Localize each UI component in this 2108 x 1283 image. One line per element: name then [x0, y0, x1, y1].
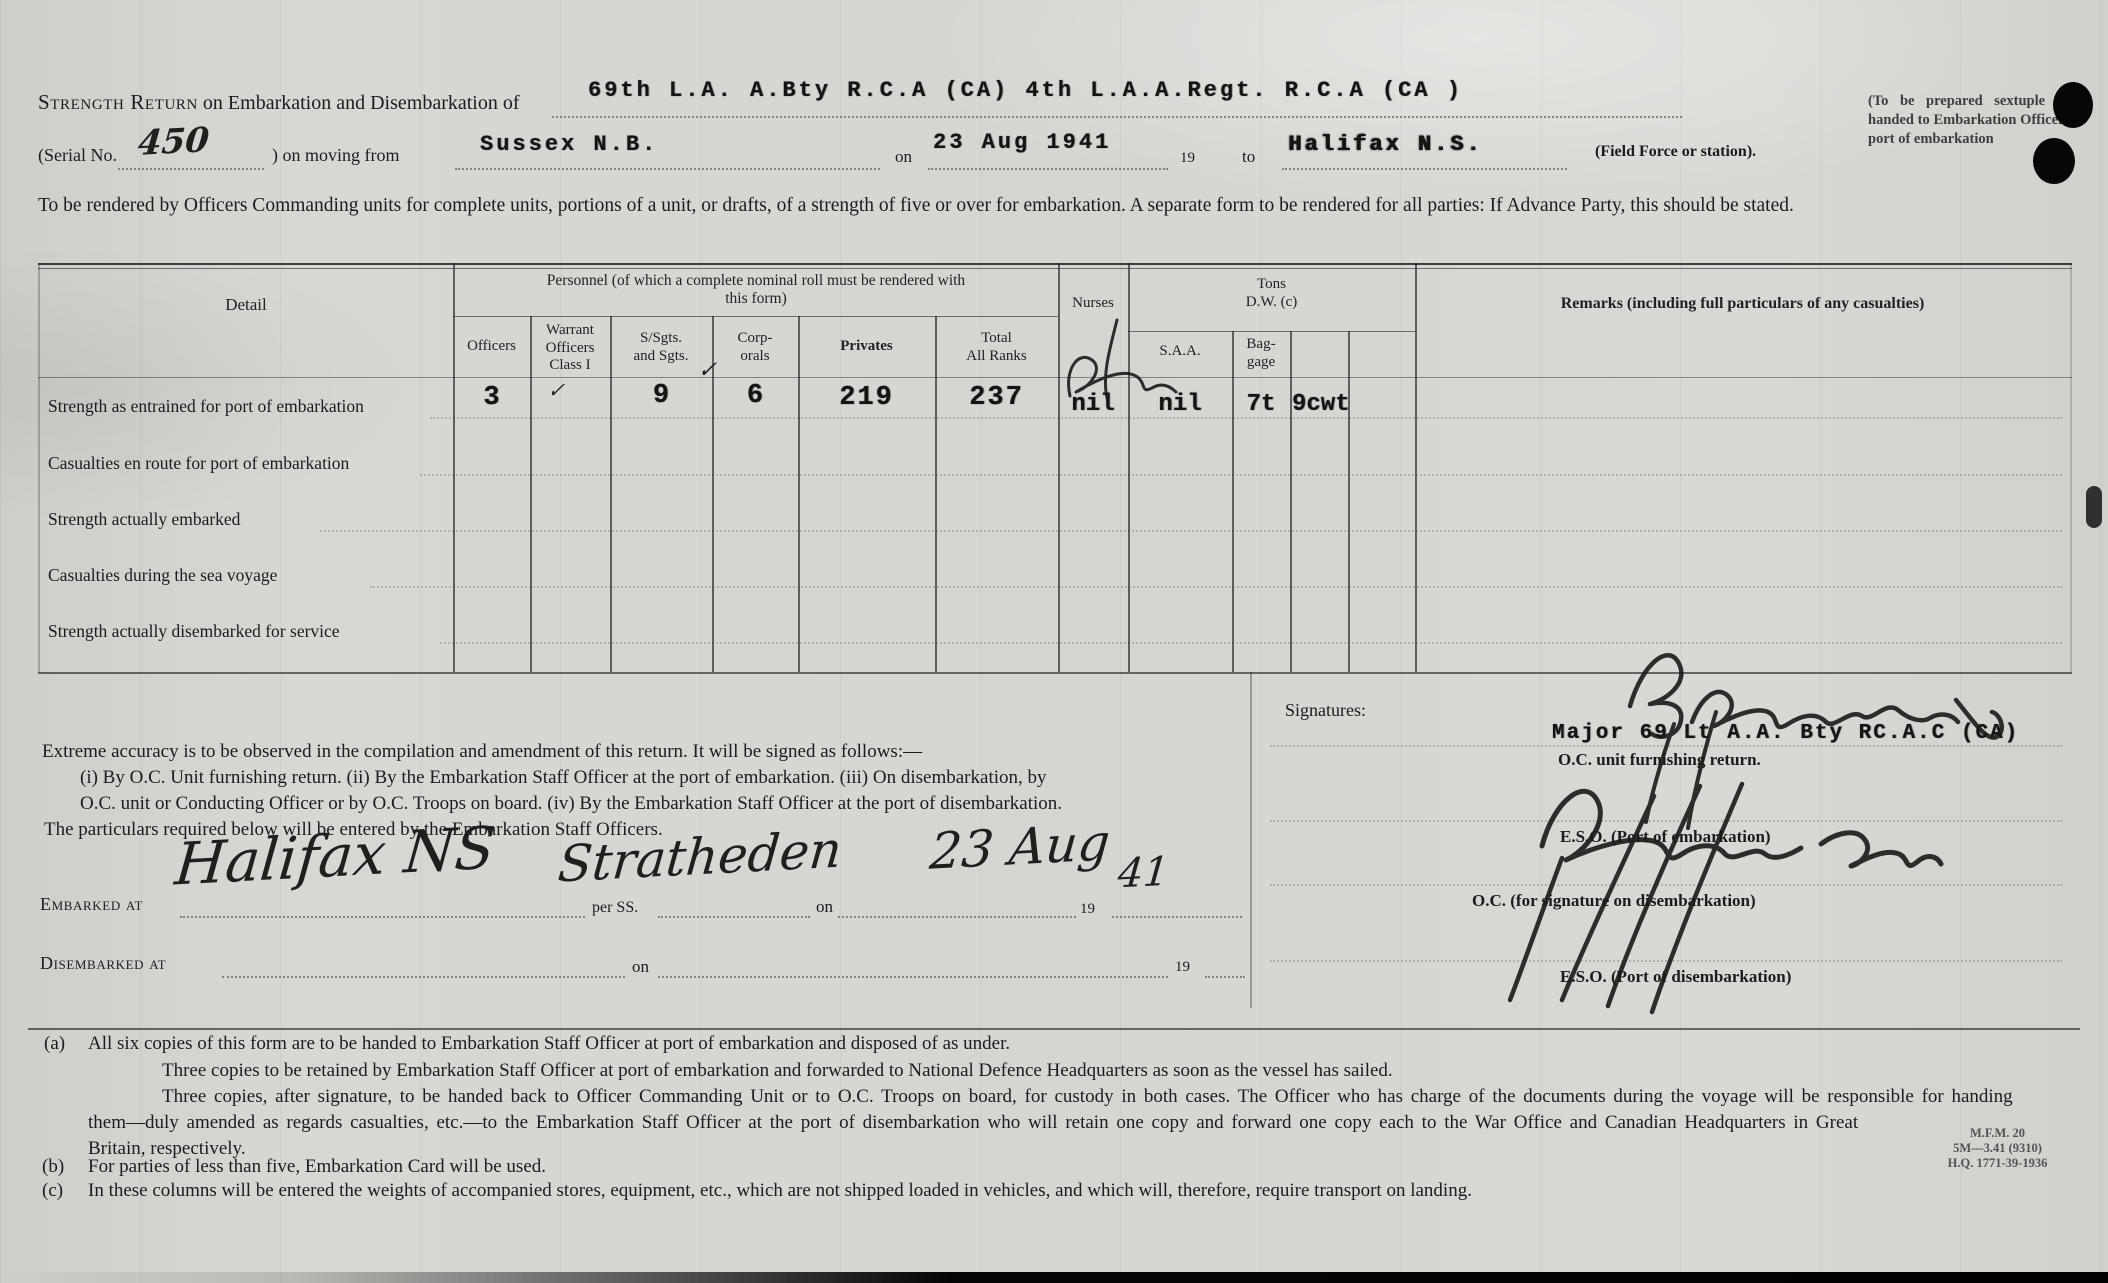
- table-vline-privates: [935, 316, 937, 672]
- value-officers: 3: [453, 383, 530, 413]
- form-title: Strength Return on Embarkation and Disem…: [38, 90, 520, 116]
- signature-rule-1: [1270, 745, 2062, 747]
- col-header-remarks: Remarks (including full particulars of a…: [1415, 295, 2070, 314]
- moving-from-value: Sussex N.B.: [480, 132, 658, 157]
- signatures-label: Signatures:: [1285, 700, 1366, 721]
- form-title-caps: Strength Return: [38, 90, 198, 114]
- footnotes-top-rule: [28, 1028, 2080, 1030]
- embarked-port-rule: [180, 916, 585, 918]
- signature-slot-4-label: E.S.O. (Port of disembarkation): [1560, 967, 1791, 987]
- table-vline-nurses: [1128, 263, 1130, 672]
- group-header-personnel: Personnel (of which a complete nominal r…: [455, 272, 1057, 309]
- table-vline-corporals: [798, 316, 800, 672]
- signatures-divider: [1250, 672, 1252, 1008]
- disembarked-on-label: on: [632, 957, 649, 977]
- on-label: on: [895, 147, 912, 167]
- header-bottom-rule: [38, 377, 2072, 378]
- footnote-a-line-4: them—duly amended as regards casualties,…: [88, 1112, 1858, 1134]
- col-header-nurses: Nurses: [1058, 295, 1128, 313]
- col-header-sgts: S/Sgts. and Sgts.: [610, 330, 712, 365]
- serial-label: (Serial No.: [38, 145, 117, 166]
- footnote-c-tag: (c): [42, 1180, 63, 1202]
- embarked-date-rule: [838, 916, 1076, 918]
- scan-bottom-edge: [0, 1272, 2108, 1283]
- value-privates: 219: [798, 383, 935, 413]
- footnote-b-tag: (b): [42, 1156, 64, 1178]
- col-header-detail: Detail: [40, 295, 452, 315]
- to-value: Halifax N.S.: [1288, 132, 1482, 157]
- signature-slot-3-label: O.C. (for signature on disembarkation): [1472, 891, 1756, 911]
- embarked-at-label: Embarked at: [40, 894, 143, 915]
- disembarked-date-rule: [658, 976, 1168, 978]
- to-label: to: [1242, 147, 1255, 167]
- accuracy-line-1: Extreme accuracy is to be observed in th…: [42, 741, 922, 763]
- col-header-saa: S.A.A.: [1128, 343, 1232, 361]
- signature-rule-3: [1270, 884, 2062, 886]
- moving-from-label: ) on moving from: [272, 145, 400, 166]
- embarked-year-handwriting: 41: [1116, 849, 1171, 898]
- disembarked-at-label: Disembarked at: [40, 953, 166, 974]
- signature-typed-rank: Major 69 Lt A.A. Bty RC.A.C (CA): [1552, 722, 2019, 745]
- table-vline-baggage: [1290, 331, 1292, 672]
- table-bottom-rule: [38, 672, 2072, 674]
- col-header-total: Total All Ranks: [935, 330, 1058, 365]
- disembarked-year-19: 19: [1175, 959, 1190, 977]
- embarked-year-rule: [1112, 916, 1242, 918]
- row-label-disembarked: Strength actually disembarked for servic…: [48, 621, 340, 642]
- ship-rule: [658, 916, 810, 918]
- row-rule-sea-voyage: [370, 586, 2062, 588]
- station-label: (Field Force or station).: [1595, 143, 1756, 162]
- signature-slot-2-label: E.S.O. (Port of embarkation): [1560, 827, 1771, 847]
- scan-ink-blot: [2086, 486, 2102, 528]
- embarked-year-19: 19: [1080, 901, 1095, 919]
- table-top-rule-2: [38, 268, 2072, 269]
- row-rule-casualties-route: [420, 474, 2062, 476]
- signature-rule-2: [1270, 820, 2062, 822]
- tons-group-rule: [1128, 331, 1415, 332]
- table-vline-left: [38, 263, 40, 672]
- row-label-casualties-route: Casualties en route for port of embarkat…: [48, 453, 349, 474]
- footnote-b-text: For parties of less than five, Embarkati…: [88, 1156, 546, 1178]
- value-sgts: 9: [610, 381, 712, 411]
- to-rule: [1282, 168, 1567, 170]
- footnote-a-line-3: Three copies, after signature, to be han…: [162, 1086, 2013, 1108]
- print-reference-1: M.F.M. 20: [1905, 1126, 2090, 1141]
- col-header-warrant: Warrant Officers Class I: [530, 322, 610, 375]
- print-reference-3: H.Q. 1771-39-1936: [1905, 1156, 2090, 1171]
- print-reference-2: 5M—3.41 (9310): [1905, 1141, 2090, 1156]
- serial-rule: [118, 168, 264, 170]
- form-title-rest: on Embarkation and Disembarkation of: [203, 92, 520, 114]
- date-rule: [928, 168, 1168, 170]
- row-rule-disembarked: [440, 642, 2062, 644]
- accuracy-line-3: O.C. unit or Conducting Officer or by O.…: [80, 793, 1062, 815]
- table-vline-total: [1058, 263, 1060, 672]
- table-vline-saa: [1232, 331, 1234, 672]
- table-vline-detail: [453, 263, 455, 672]
- table-vline-remarks: [1415, 263, 1417, 672]
- sgts-check-mark: ✓: [697, 357, 718, 383]
- warrant-check-mark: ✓: [547, 377, 566, 402]
- unit-field-rule: [552, 116, 1682, 118]
- render-instructions: To be rendered by Officers Commanding un…: [38, 192, 2086, 219]
- signature-rule-4: [1270, 960, 2062, 962]
- col-header-privates: Privates: [798, 338, 935, 356]
- year-19-label: 19: [1180, 150, 1195, 168]
- table-vline-dw: [1348, 331, 1350, 672]
- value-baggage: 7t: [1232, 391, 1290, 418]
- value-total: 237: [935, 383, 1058, 413]
- scanned-form-sheet: Strength Return on Embarkation and Disem…: [0, 0, 2108, 1283]
- punch-hole-top: [2053, 82, 2093, 128]
- row-label-embarked: Strength actually embarked: [48, 509, 240, 530]
- value-dw: 9cwt: [1292, 391, 1350, 418]
- group-header-tons: Tons D.W. (c): [1128, 276, 1415, 311]
- value-nurses: nil: [1058, 391, 1128, 418]
- footnote-c-text: In these columns will be entered the wei…: [88, 1180, 1472, 1202]
- footnote-a-tag: (a): [44, 1033, 65, 1055]
- date-value: 23 Aug 1941: [933, 130, 1111, 155]
- col-header-corporals: Corp- orals: [712, 330, 798, 365]
- serial-value: 450: [136, 120, 210, 164]
- accuracy-line-2: (i) By O.C. Unit furnishing return. (ii)…: [80, 767, 1047, 789]
- signature-slot-1-label: O.C. unit furnishing return.: [1558, 750, 1761, 770]
- unit-field-value: 69th L.A. A.Bty R.C.A (CA) 4th L.A.A.Reg…: [588, 78, 1463, 103]
- row-rule-embarked: [320, 530, 2062, 532]
- moving-from-rule: [455, 168, 880, 170]
- embarked-on-label: on: [816, 897, 833, 917]
- value-corporals: 6: [712, 381, 798, 411]
- col-header-officers: Officers: [453, 338, 530, 356]
- personnel-group-rule: [453, 316, 1058, 317]
- disembarked-port-rule: [222, 976, 625, 978]
- footnote-a-line-1: All six copies of this form are to be ha…: [88, 1033, 1010, 1055]
- value-saa: nil: [1128, 391, 1232, 418]
- punch-hole-bottom: [2033, 138, 2075, 184]
- row-label-sea-voyage: Casualties during the sea voyage: [48, 565, 277, 586]
- disembarked-year-rule: [1205, 976, 1245, 978]
- per-ss-label: per SS.: [592, 899, 638, 918]
- table-top-rule-1: [38, 263, 2072, 265]
- table-vline-right: [2070, 263, 2072, 672]
- row-label-entrained: Strength as entrained for port of embark…: [48, 396, 364, 417]
- col-header-baggage: Bag- gage: [1232, 336, 1290, 371]
- embarked-date-handwriting: 23 Aug: [928, 813, 1113, 881]
- table-vline-warrant: [610, 316, 612, 672]
- footnote-a-line-2: Three copies to be retained by Embarkati…: [162, 1060, 1393, 1082]
